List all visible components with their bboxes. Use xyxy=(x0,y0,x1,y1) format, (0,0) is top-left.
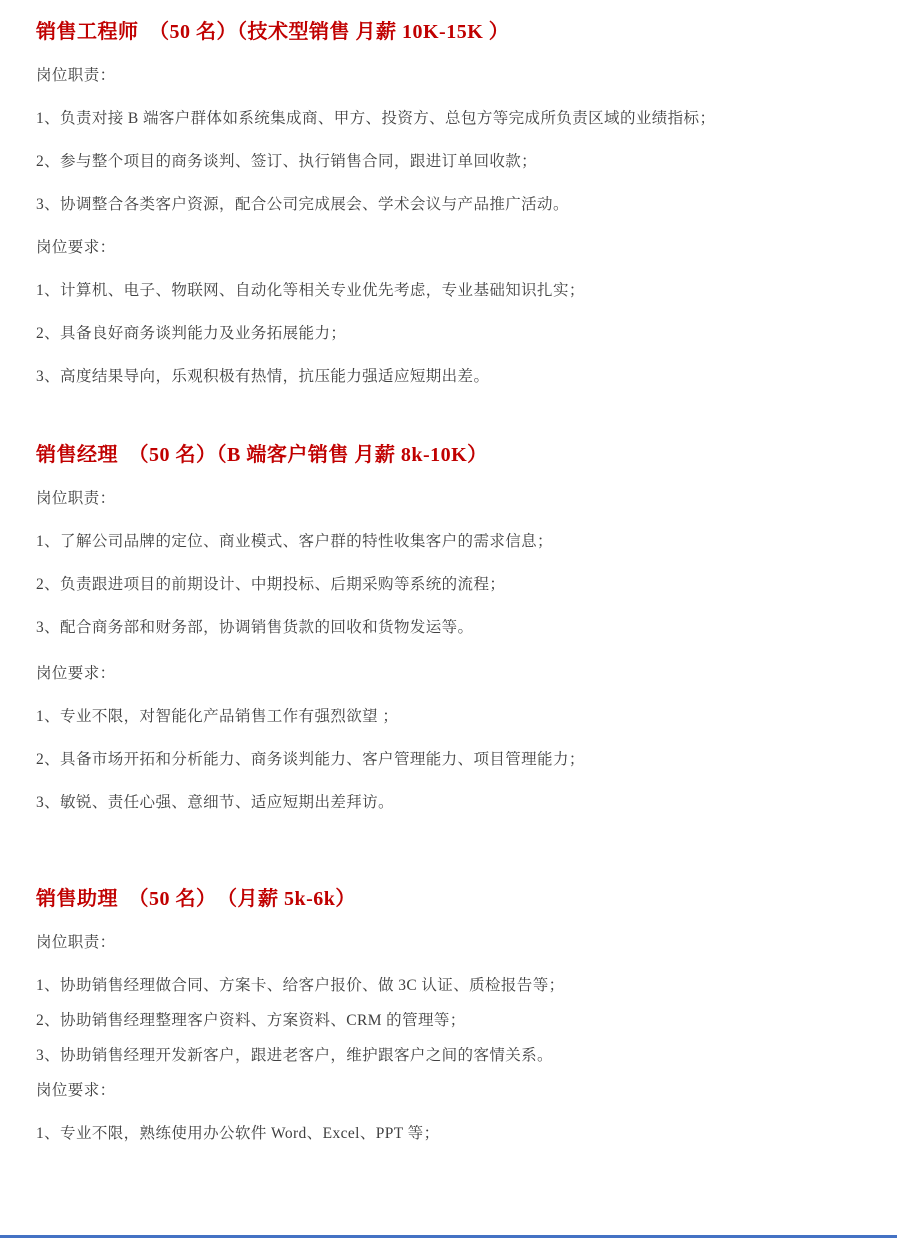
requirement-item: 2、具备市场开拓和分析能力、商务谈判能力、客户管理能力、项目管理能力； xyxy=(36,750,857,770)
job-title: 销售经理 （50 名）（B 端客户销售 月薪 8k-10K） xyxy=(36,443,857,467)
duty-item: 2、负责跟进项目的前期设计、中期投标、后期采购等系统的流程； xyxy=(36,575,857,595)
job-section-sales-assistant: 销售助理 （50 名） （月薪 5k-6k） 岗位职责： 1、协助销售经理做合同… xyxy=(36,887,857,1144)
duty-item: 3、协助销售经理开发新客户，跟进老客户，维护跟客户之间的客情关系。 xyxy=(36,1046,857,1066)
job-title: 销售工程师 （50 名）（技术型销售 月薪 10K-15K ） xyxy=(36,20,857,44)
duty-item: 3、协调整合各类客户资源，配合公司完成展会、学术会议与产品推广活动。 xyxy=(36,195,857,215)
duty-item: 2、参与整个项目的商务谈判、签订、执行销售合同，跟进订单回收款； xyxy=(36,152,857,172)
duty-item: 3、配合商务部和财务部，协调销售货款的回收和货物发运等。 xyxy=(36,618,857,638)
requirements-header: 岗位要求： xyxy=(36,1081,857,1101)
requirement-item: 1、计算机、电子、物联网、自动化等相关专业优先考虑，专业基础知识扎实； xyxy=(36,281,857,301)
requirement-item: 3、敏锐、责任心强、意细节、适应短期出差拜访。 xyxy=(36,793,857,813)
job-title: 销售助理 （50 名） （月薪 5k-6k） xyxy=(36,887,857,911)
job-section-sales-engineer: 销售工程师 （50 名）（技术型销售 月薪 10K-15K ） 岗位职责： 1、… xyxy=(36,20,857,387)
requirement-item: 3、高度结果导向，乐观积极有热情，抗压能力强适应短期出差。 xyxy=(36,367,857,387)
duty-item: 1、了解公司品牌的定位、商业模式、客户群的特性收集客户的需求信息； xyxy=(36,532,857,552)
duties-header: 岗位职责： xyxy=(36,66,857,86)
requirements-header: 岗位要求： xyxy=(36,664,857,684)
job-section-sales-manager: 销售经理 （50 名）（B 端客户销售 月薪 8k-10K） 岗位职责： 1、了… xyxy=(36,443,857,813)
document-page: 销售工程师 （50 名）（技术型销售 月薪 10K-15K ） 岗位职责： 1、… xyxy=(0,0,897,1238)
requirements-header: 岗位要求： xyxy=(36,238,857,258)
duty-item: 2、协助销售经理整理客户资料、方案资料、CRM 的管理等； xyxy=(36,1011,857,1031)
requirement-item: 1、专业不限，熟练使用办公软件 Word、Excel、PPT 等； xyxy=(36,1124,857,1144)
duties-header: 岗位职责： xyxy=(36,933,857,953)
requirement-item: 1、专业不限，对智能化产品销售工作有强烈欲望 ； xyxy=(36,707,857,727)
duties-header: 岗位职责： xyxy=(36,489,857,509)
requirement-item: 2、具备良好商务谈判能力及业务拓展能力； xyxy=(36,324,857,344)
duty-item: 1、协助销售经理做合同、方案卡、给客户报价、做 3C 认证、质检报告等； xyxy=(36,976,857,996)
duty-item: 1、负责对接 B 端客户群体如系统集成商、甲方、投资方、总包方等完成所负责区域的… xyxy=(36,109,857,129)
